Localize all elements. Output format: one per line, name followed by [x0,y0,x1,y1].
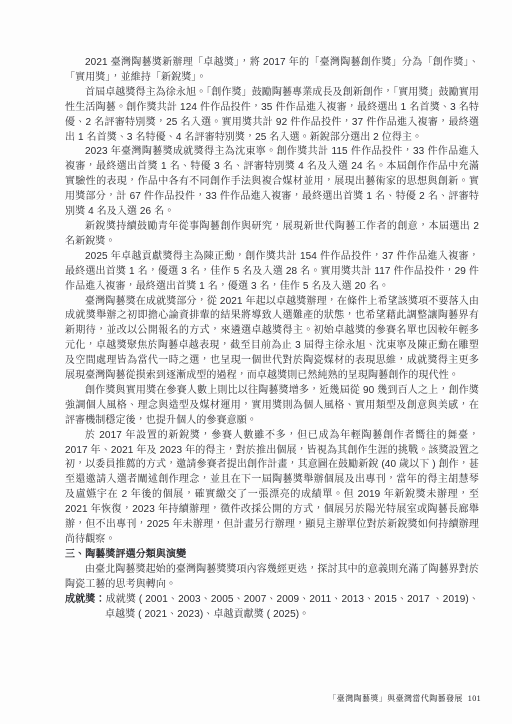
page-footer: 「臺灣陶藝獎」與臺灣當代陶藝發展101 [328,693,481,704]
section-heading: 三、陶藝獎評選分類與演變 [65,548,479,563]
body-paragraph: 臺灣陶藝獎在成就獎部分，從 2021 年起以卓越獎辦理，在條件上希望該獎項不要落… [65,295,479,384]
body-paragraph: 創作獎與實用獎在參賽人數上則比以往陶藝獎增多，近幾屆從 90 幾到百人之上，創作… [65,384,479,429]
body-paragraph: 於 2017 年設置的新銳獎，參賽人數雖不多，但已成為年輕陶藝創作者嚮往的舞臺，… [65,429,479,548]
body-paragraph: 2023 年臺灣陶藝獎成就獎得主為沈東寧。創作獎共計 115 件作品投件，33 … [65,145,479,220]
body-paragraph: 新銳獎持續鼓勵青年從事陶藝創作與研究，展現新世代陶藝工作者的創意，本屆選出 2 … [65,220,479,250]
award-entry-text: 成就獎 ( 2001、2003、2005、2007、2009、2011、2013… [105,594,479,620]
body-paragraph: 2025 年卓越貢獻獎得主為陳正勳，創作獎共計 154 件作品投件，37 件作品… [65,250,479,295]
body-paragraph: 2021 臺灣陶藝獎新辦理「卓越獎」，將 2017 年的「臺灣陶藝創作獎」分為「… [65,56,479,86]
award-list-entry: 成就獎：成就獎 ( 2001、2003、2005、2007、2009、2011、… [65,593,479,623]
body-paragraph: 首屆卓越獎得主為徐永旭。「創作獎」鼓勵陶藝專業成長及創新創作，「實用獎」鼓勵實用… [65,86,479,146]
article-body: 2021 臺灣陶藝獎新辦理「卓越獎」，將 2017 年的「臺灣陶藝創作獎」分為「… [65,56,479,622]
document-page: 2021 臺灣陶藝獎新辦理「卓越獎」，將 2017 年的「臺灣陶藝創作獎」分為「… [0,0,512,724]
running-title: 「臺灣陶藝獎」與臺灣當代陶藝發展 [328,694,462,703]
award-entry-label: 成就獎： [65,594,106,605]
page-number: 101 [468,694,481,703]
body-paragraph: 由臺北陶藝獎起始的臺灣陶藝獎獎項內容幾經更迭，探討其中的意義則充滿了陶藝界對於陶… [65,563,479,593]
